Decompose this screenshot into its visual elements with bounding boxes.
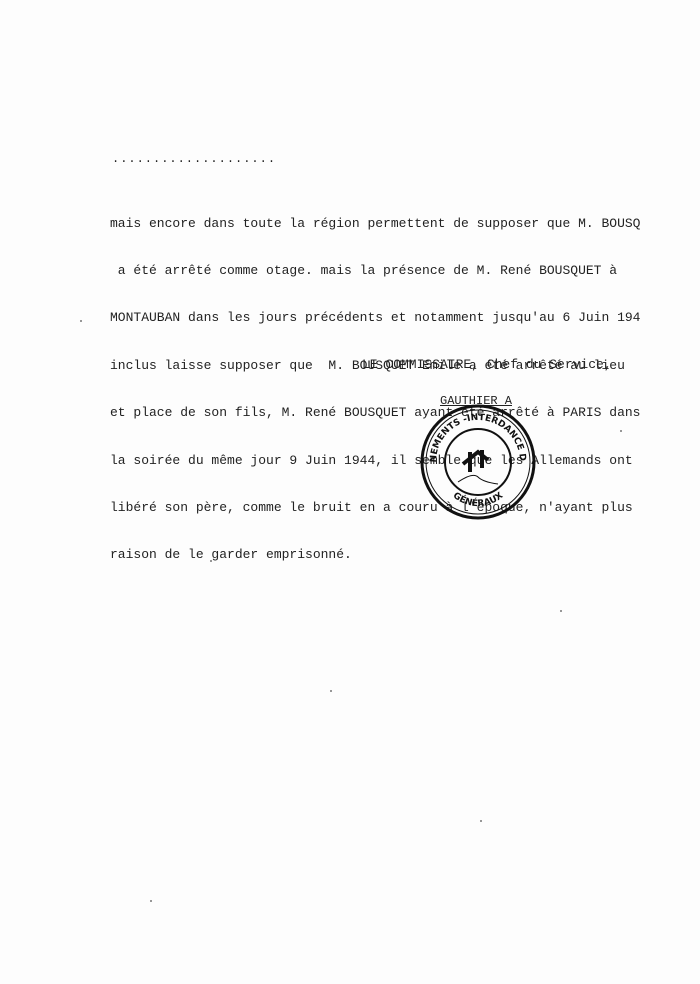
police-stamp-icon: RENSEIGNEMENTS -INTERDANCE DE POLICE GÉN…: [418, 402, 538, 522]
paragraph-line: raison de le garder emprisonné.: [110, 547, 700, 563]
body-paragraph: mais encore dans toute la région permett…: [110, 184, 700, 595]
paper-speck: [330, 690, 332, 692]
signature-title: LE COMMISSAIRE, Chef du Service,: [362, 357, 612, 372]
paper-speck: [480, 820, 482, 822]
document-page: .................... mais encore dans to…: [0, 0, 700, 984]
paragraph-line: la soirée du même jour 9 Juin 1944, il s…: [110, 453, 700, 469]
paragraph-line: et place de son fils, M. René BOUSQUET a…: [110, 405, 700, 421]
paper-speck: [80, 320, 82, 322]
paragraph-line: a été arrêté comme otage. mais la présen…: [110, 263, 700, 279]
paper-speck: [620, 430, 622, 432]
paper-speck: [560, 610, 562, 612]
svg-text:GÉNÉRAUX: GÉNÉRAUX: [451, 491, 505, 509]
paper-speck: [210, 560, 212, 562]
paper-speck: [150, 900, 152, 902]
leader-dots: ....................: [112, 152, 276, 166]
paragraph-line: MONTAUBAN dans les jours précédents et n…: [110, 310, 700, 326]
paragraph-line: libéré son père, comme le bruit en a cou…: [110, 500, 700, 516]
paragraph-line: mais encore dans toute la région permett…: [110, 216, 700, 232]
